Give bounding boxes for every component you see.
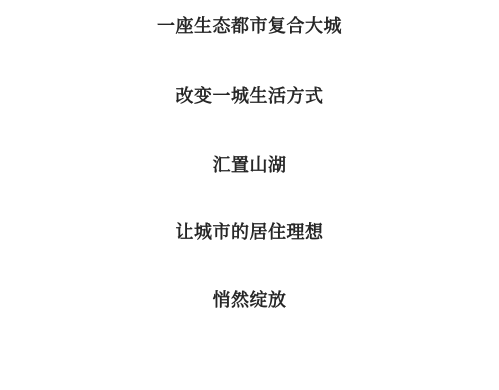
headline-line-4: 让城市的居住理想	[0, 223, 499, 241]
headline-line-5: 悄然绽放	[0, 291, 499, 309]
headline-line-3: 汇置山湖	[0, 156, 499, 174]
headline-line-1: 一座生态都市复合大城	[0, 17, 499, 35]
headline-line-2: 改变一城生活方式	[0, 87, 499, 105]
text-stage: 一座生态都市复合大城 改变一城生活方式 汇置山湖 让城市的居住理想 悄然绽放	[0, 0, 499, 390]
